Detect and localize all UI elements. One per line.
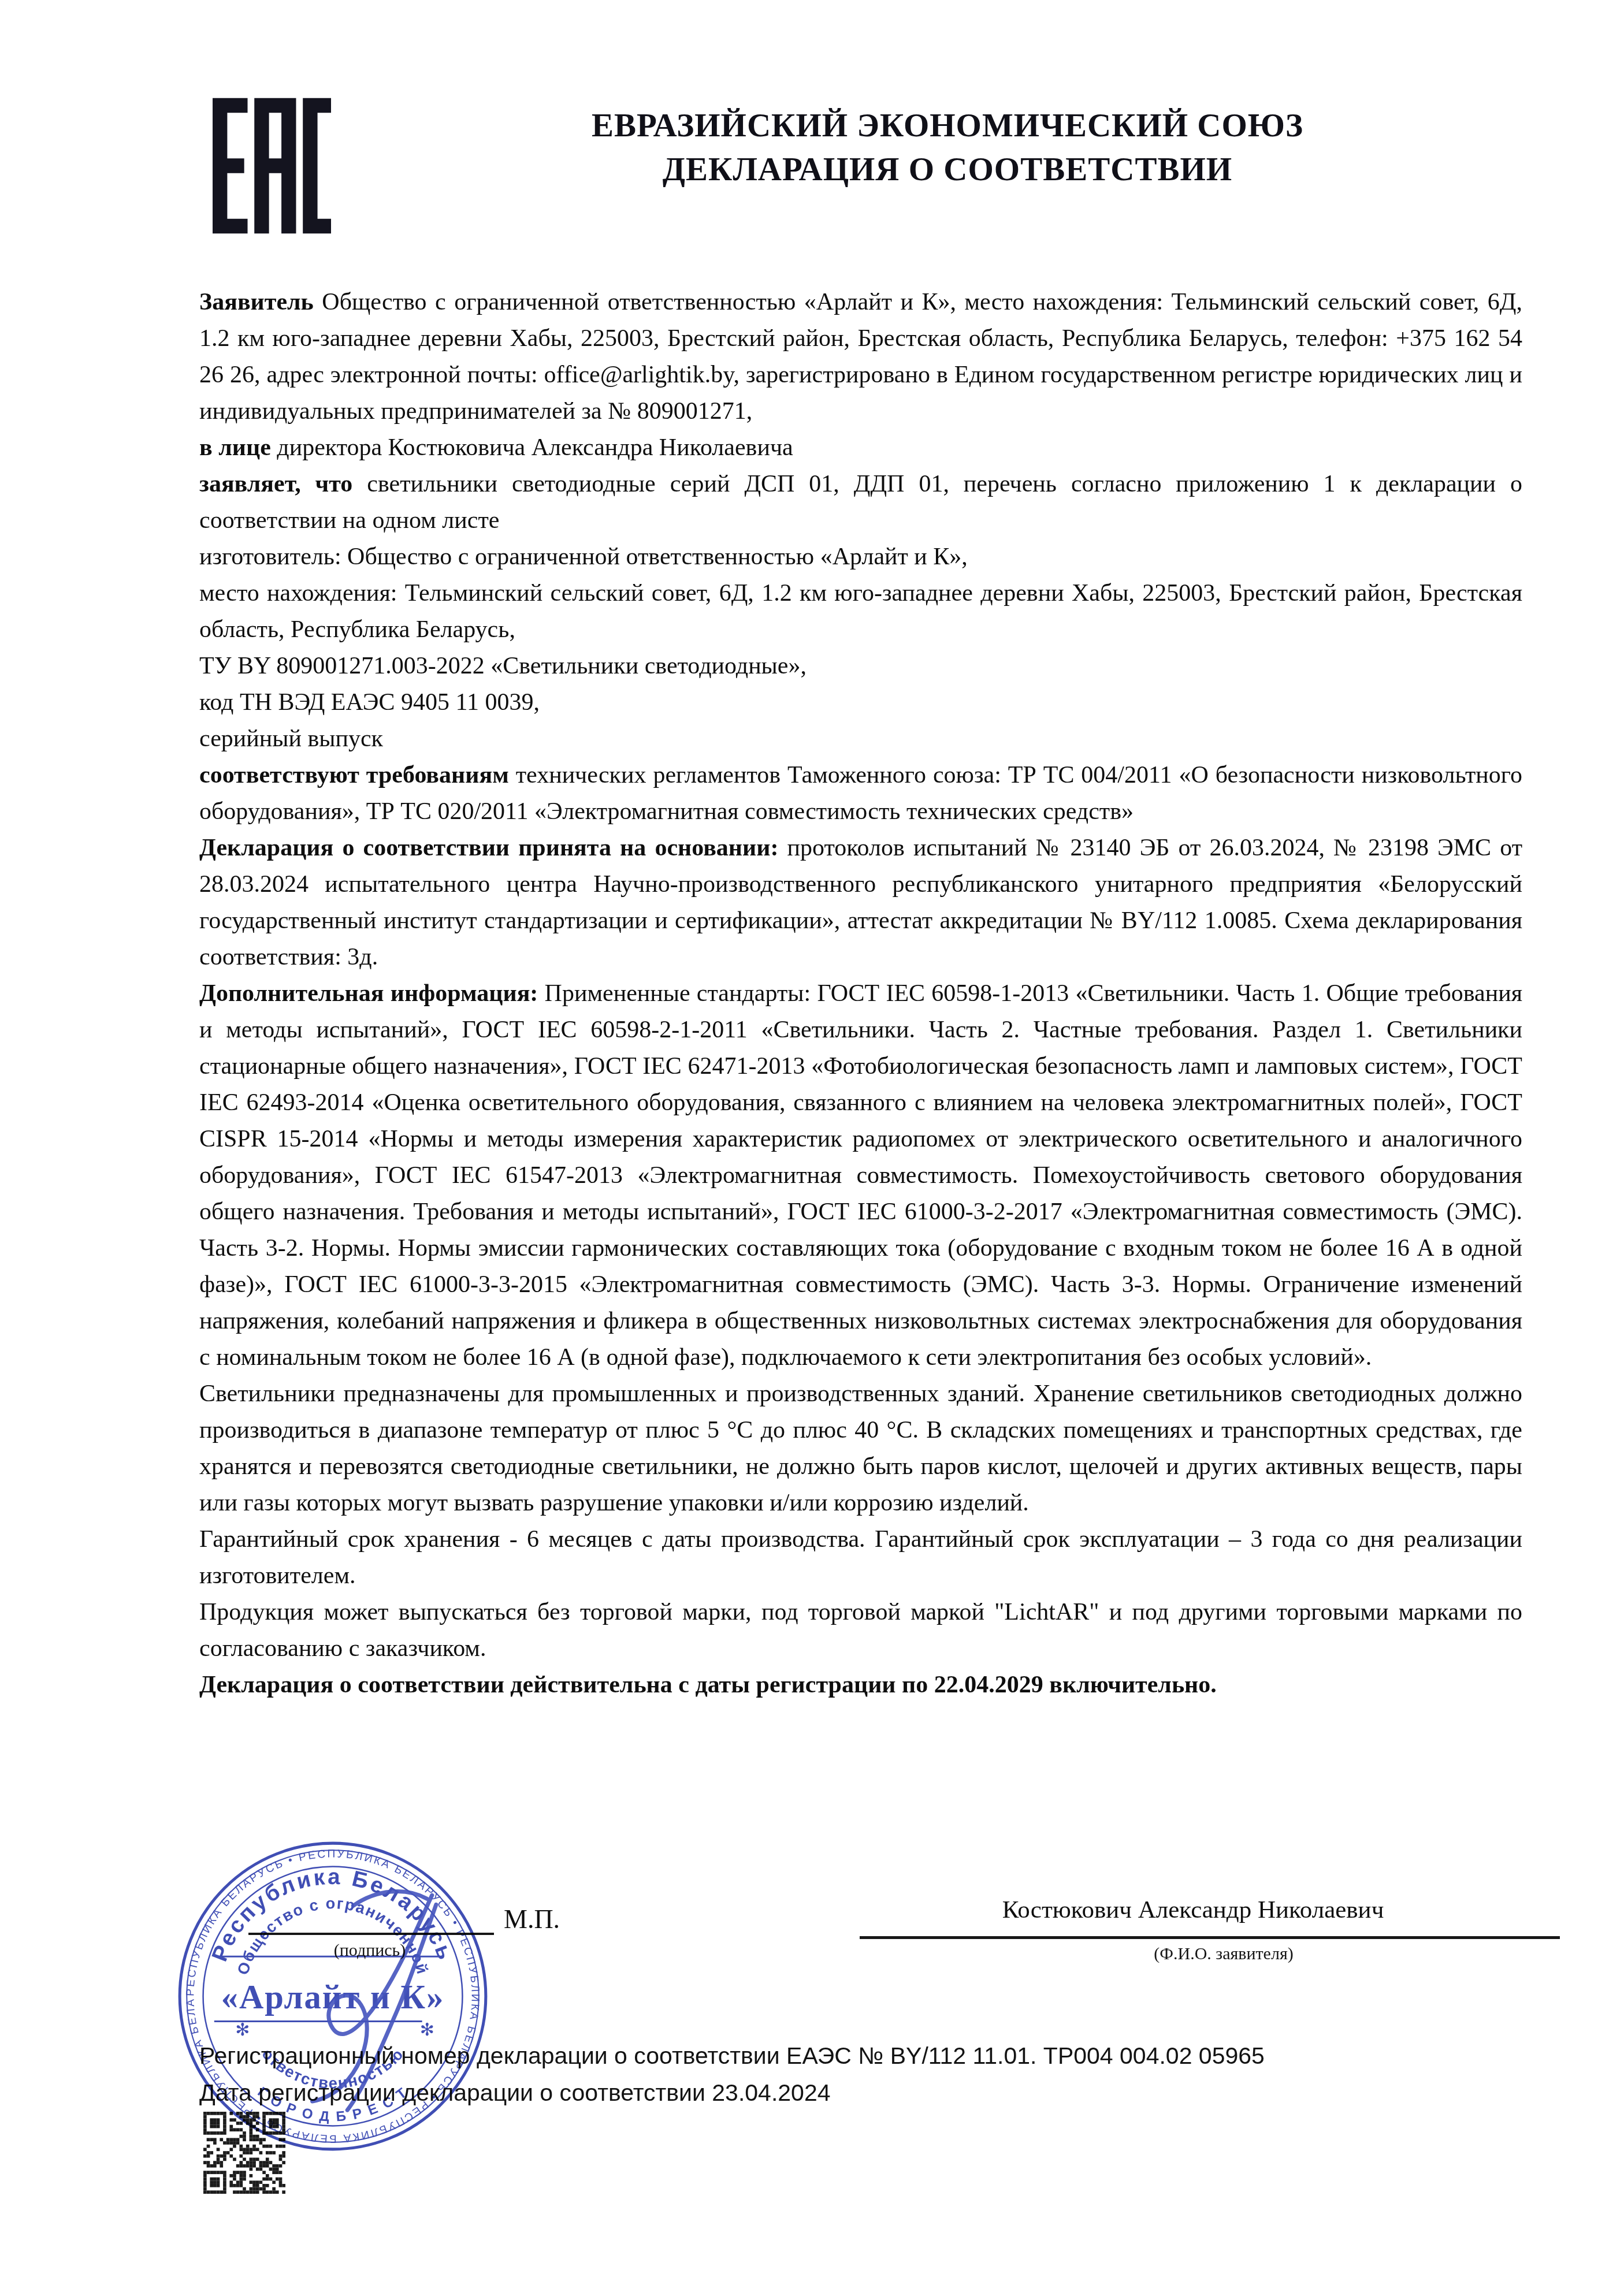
- paragraph-trademark: Продукция может выпускаться без торговой…: [199, 1594, 1522, 1667]
- company-stamp: РЕСПУБЛИКА БЕЛАРУСЬ • РЕСПУБЛИКА БЕЛАРУС…: [172, 1836, 493, 2157]
- paragraph-lead: Декларация о соответствии принята на осн…: [199, 835, 778, 861]
- applicant-name: Костюкович Александр Николаевич: [826, 1896, 1560, 1924]
- paragraph-declares: заявляет, что светильники светодиодные с…: [199, 466, 1522, 539]
- paragraph-text: код ТН ВЭД ЕАЭС 9405 11 0039,: [199, 689, 540, 716]
- svg-text:ответственностью: ответственностью: [258, 2045, 407, 2092]
- applicant-name-caption: (Ф.И.О. заявителя): [1073, 1944, 1374, 1964]
- paragraph-tnved-code: код ТН ВЭД ЕАЭС 9405 11 0039,: [199, 684, 1522, 721]
- paragraph-warranty: Гарантийный срок хранения - 6 месяцев с …: [199, 1521, 1522, 1594]
- seal-place-label: М.П.: [504, 1904, 560, 1934]
- paragraph-lead: соответствуют требованиям: [199, 762, 509, 788]
- paragraph-text: Светильники предназначены для промышленн…: [199, 1380, 1522, 1516]
- paragraph-text: место нахождения: Тельминский сельский с…: [199, 580, 1522, 643]
- title-line-union: ЕВРАЗИЙСКИЙ ЭКОНОМИЧЕСКИЙ СОЮЗ: [381, 104, 1514, 148]
- document-title: ЕВРАЗИЙСКИЙ ЭКОНОМИЧЕСКИЙ СОЮЗ ДЕКЛАРАЦИ…: [381, 104, 1514, 192]
- paragraph-text: директора Костюковича Александра Николае…: [271, 434, 793, 461]
- paragraph-text: Гарантийный срок хранения - 6 месяцев с …: [199, 1526, 1522, 1589]
- paragraph-text: светильники светодиодные серий ДСП 01, Д…: [199, 471, 1522, 534]
- paragraph-manufacturer: изготовитель: Общество с ограниченной от…: [199, 539, 1522, 575]
- stamp-center-name: «Арлайт и К»: [221, 1978, 445, 2016]
- applicant-name-line: [860, 1936, 1560, 1939]
- paragraph-tu-standard: ТУ BY 809001271.003-2022 «Светильники св…: [199, 648, 1522, 684]
- title-line-declaration: ДЕКЛАРАЦИЯ О СООТВЕТСТВИИ: [381, 148, 1514, 192]
- paragraph-applicant: Заявитель Общество с ограниченной ответс…: [199, 284, 1522, 430]
- paragraph-lead: Декларация о соответствии действительна …: [199, 1672, 1217, 1698]
- paragraph-usage-storage: Светильники предназначены для промышленн…: [199, 1376, 1522, 1521]
- paragraph-text: Примененные стандарты: ГОСТ IEC 60598-1-…: [199, 980, 1522, 1371]
- paragraph-text: изготовитель: Общество с ограниченной от…: [199, 544, 968, 570]
- stamp-company-arc-bottom: ответственностью: [258, 2045, 407, 2092]
- paragraph-manufacturer-address: место нахождения: Тельминский сельский с…: [199, 575, 1522, 648]
- paragraph-serial-production: серийный выпуск: [199, 721, 1522, 757]
- document-body: Заявитель Общество с ограниченной ответс…: [199, 284, 1522, 1703]
- paragraph-text: Продукция может выпускаться без торговой…: [199, 1599, 1522, 1662]
- paragraph-lead: заявляет, что: [199, 471, 352, 497]
- paragraph-basis: Декларация о соответствии принята на осн…: [199, 830, 1522, 976]
- declaration-document-page: ЕВРАЗИЙСКИЙ ЭКОНОМИЧЕСКИЙ СОЮЗ ДЕКЛАРАЦИ…: [0, 0, 1624, 2296]
- paragraph-compliance: соответствуют требованиям технических ре…: [199, 757, 1522, 830]
- paragraph-text: Общество с ограниченной ответственностью…: [199, 289, 1522, 425]
- paragraph-lead: Дополнительная информация:: [199, 980, 538, 1007]
- paragraph-text: ТУ BY 809001271.003-2022 «Светильники св…: [199, 653, 807, 679]
- paragraph-text: серийный выпуск: [199, 725, 383, 752]
- paragraph-lead: в лице: [199, 434, 271, 461]
- stamp-star-right: ✻: [420, 2020, 434, 2040]
- stamp-star-left: ✻: [235, 2020, 250, 2040]
- paragraph-validity: Декларация о соответствии действительна …: [199, 1667, 1522, 1703]
- paragraph-additional-info: Дополнительная информация: Примененные с…: [199, 976, 1522, 1376]
- paragraph-lead: Заявитель: [199, 289, 314, 315]
- paragraph-represented-by: в лице директора Костюковича Александра …: [199, 430, 1522, 466]
- eac-mark-icon: [213, 97, 331, 235]
